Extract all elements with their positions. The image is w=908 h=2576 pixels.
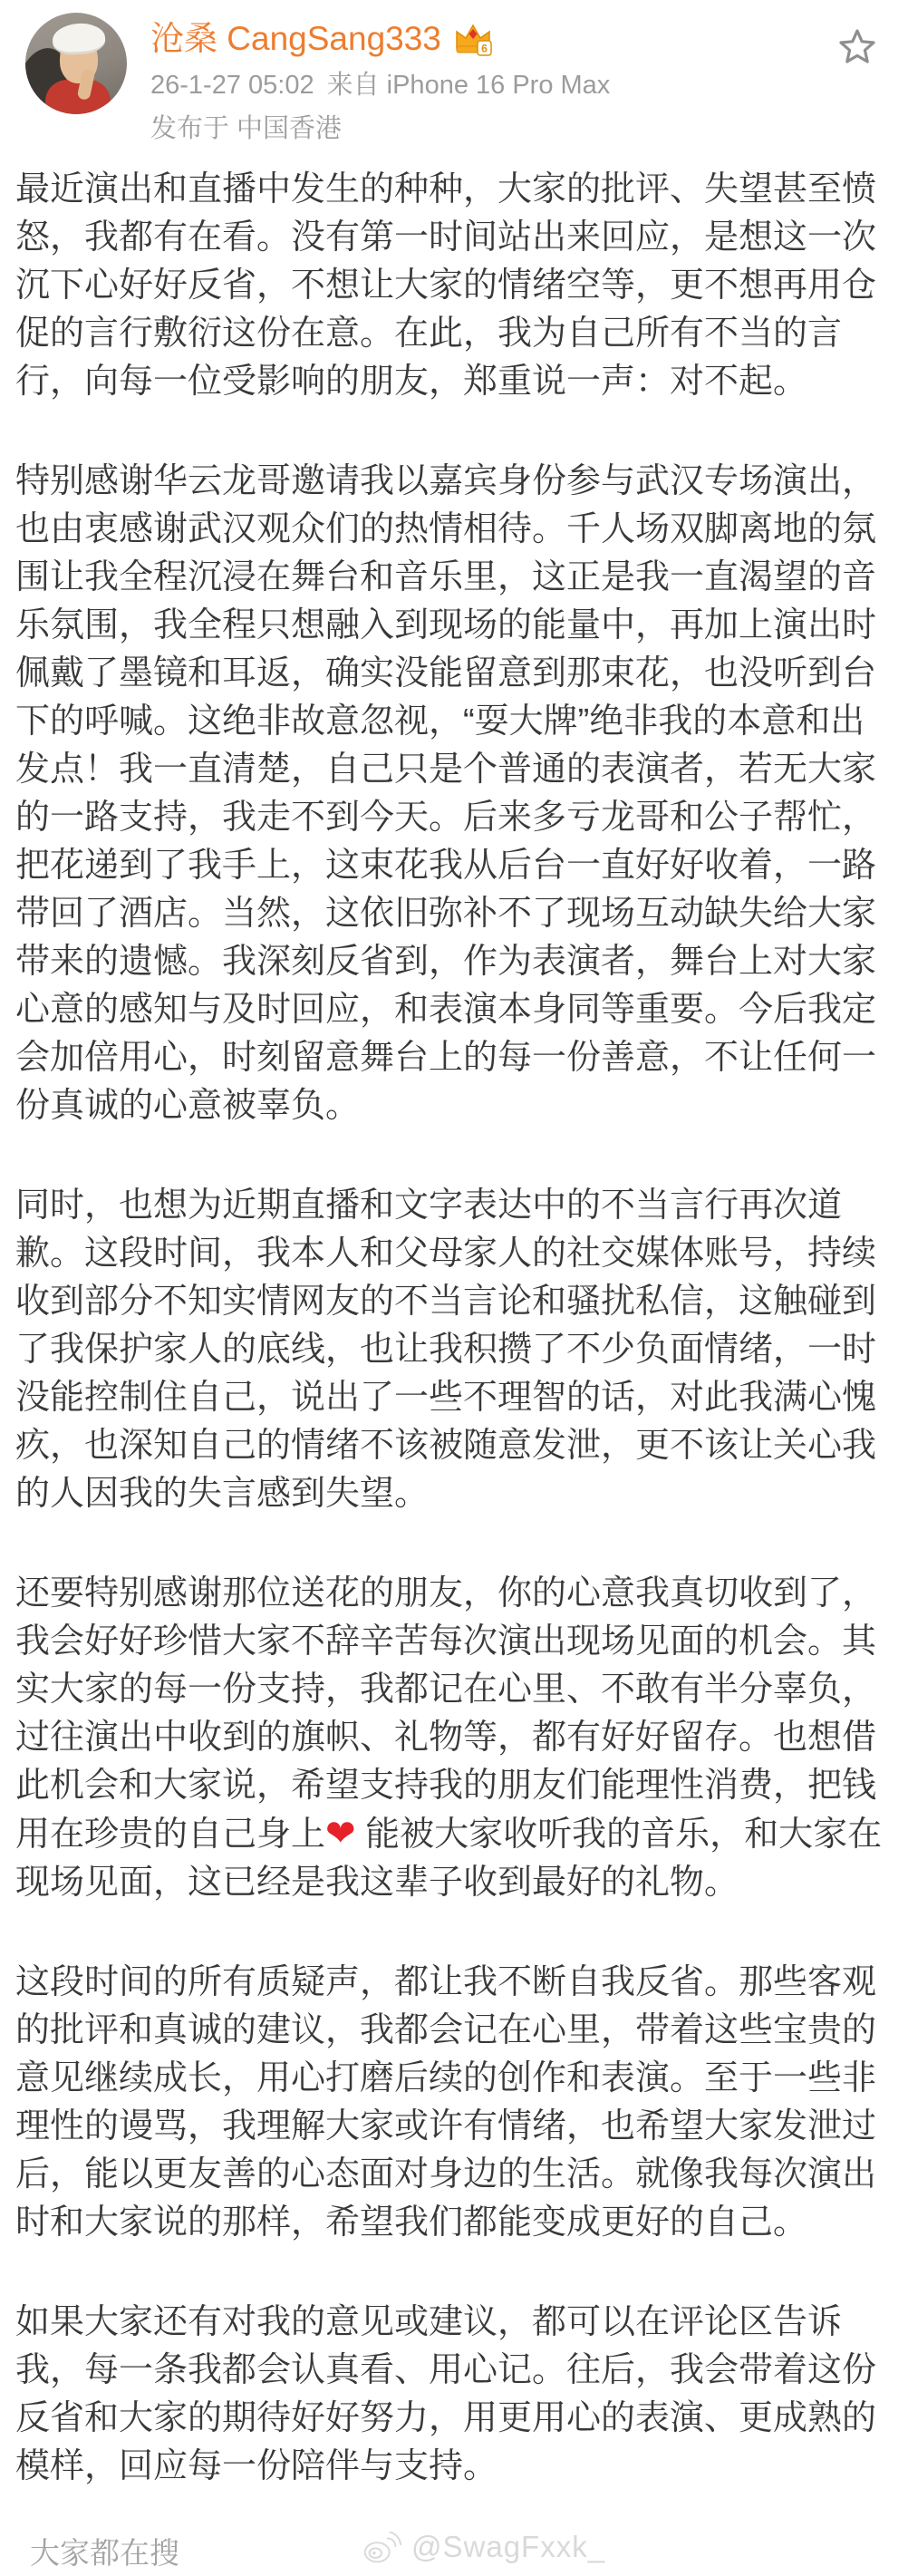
favorite-star-icon[interactable] <box>836 25 879 69</box>
post-paragraph-1: 最近演出和直播中发生的种种，大家的批评、失望甚至愤怒，我都有在看。没有第一时间站… <box>15 166 884 406</box>
post-paragraph-5: 这段时间的所有质疑声，都让我不断自我反省。那些客观的批评和真诚的建议，我都会记在… <box>15 1959 884 2247</box>
timestamp: 26-1-27 05:02 <box>150 71 314 100</box>
username-row: 沧桑 CangSang333 6 <box>150 18 494 60</box>
post-paragraph-3: 同时，也想为近期直播和文字表达中的不当言行再次道歉。这段时间，我本人和父母家人的… <box>15 1182 884 1518</box>
weibo-post-page: 沧桑 CangSang333 6 26-1-27 05:02来自 iPhone … <box>0 0 908 2576</box>
post-paragraph-6: 如果大家还有对我的意见或建议，都可以在评论区告诉我，每一条我都会认真看、用心记。… <box>15 2299 884 2491</box>
avatar-shirt <box>45 80 111 114</box>
vip-crown-badge: 6 <box>452 20 494 58</box>
post-paragraph-2: 特别感谢华云龙哥邀请我以嘉宾身份参与武汉专场演出，也由衷感谢武汉观众们的热情相待… <box>15 458 884 1130</box>
weibo-logo-icon <box>361 2527 402 2567</box>
post-content: 最近演出和直播中发生的种种，大家的批评、失望甚至愤怒，我都有在看。没有第一时间站… <box>15 166 884 2491</box>
post-paragraph-4: 还要特别感谢那位送花的朋友，你的心意我真切收到了，我会好好珍惜大家不辞辛苦每次演… <box>15 1570 884 1907</box>
source-label[interactable]: 来自 iPhone 16 Pro Max <box>327 71 611 100</box>
red-heart-emoji: ❤ <box>325 1814 356 1854</box>
watermark: @SwagFxxk_ <box>361 2527 605 2567</box>
watermark-handle: @SwagFxxk_ <box>411 2530 605 2564</box>
post-header: 沧桑 CangSang333 6 26-1-27 05:02来自 iPhone … <box>0 0 908 154</box>
post-meta-row: 26-1-27 05:02来自 iPhone 16 Pro Max <box>150 69 610 102</box>
avatar-cap <box>52 22 106 56</box>
username[interactable]: 沧桑 CangSang333 <box>150 18 441 60</box>
trending-search-label: 大家都在搜 <box>30 2534 179 2572</box>
vip-level-number: 6 <box>481 43 488 55</box>
location-label[interactable]: 发布于 中国香港 <box>150 112 342 145</box>
paragraph4-text-before: 还要特别感谢那位送花的朋友，你的心意我真切收到了，我会好好珍惜大家不辞辛苦每次演… <box>15 1574 876 1854</box>
avatar-image[interactable] <box>25 13 127 114</box>
